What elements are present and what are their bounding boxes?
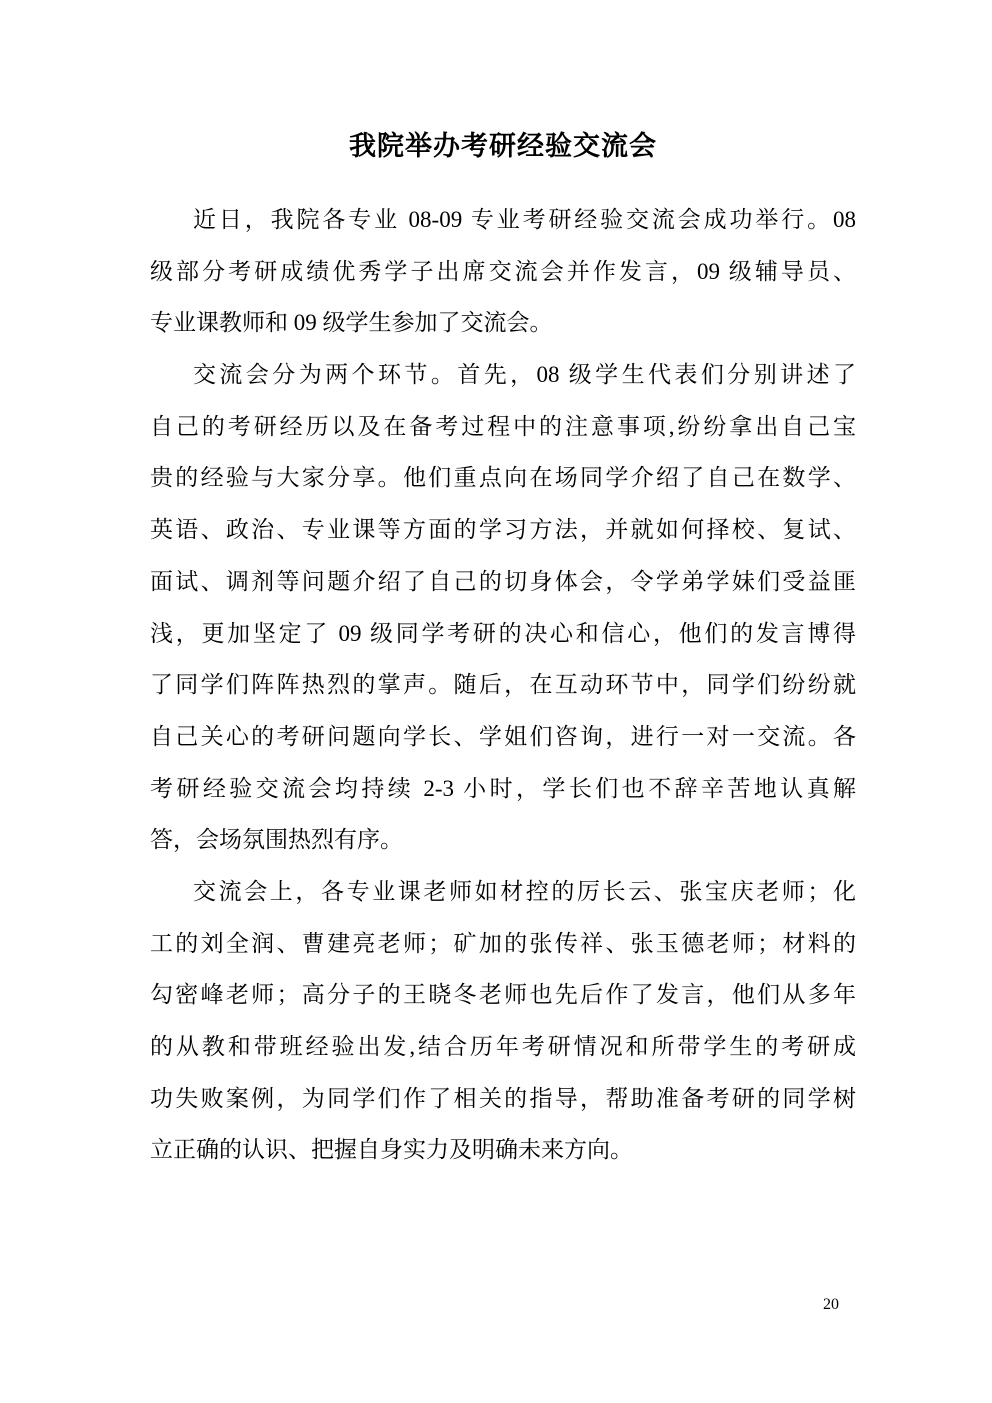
text-line: 贵的经验与大家分享。他们重点向在场同学介绍了自己在数学、 <box>150 452 856 504</box>
document-page: 我院举办考研经验交流会 近日，我院各专业 08-09 专业考研经验交流会成功举行… <box>0 0 992 1403</box>
text-line: 专业课教师和 09 级学生参加了交流会。 <box>150 297 856 349</box>
text-line: 交流会上，各专业课老师如材控的厉长云、张宝庆老师；化 <box>150 866 856 918</box>
text-line: 级部分考研成绩优秀学子出席交流会并作发言，09 级辅导员、 <box>150 246 856 298</box>
text-line: 自己关心的考研问题向学长、学姐们咨询，进行一对一交流。各 <box>150 711 856 763</box>
text-line: 浅，更加坚定了 09 级同学考研的决心和信心，他们的发言博得 <box>150 608 856 660</box>
text-line: 英语、政治、专业课等方面的学习方法，并就如何择校、复试、 <box>150 504 856 556</box>
text-line: 了同学们阵阵热烈的掌声。随后，在互动环节中，同学们纷纷就 <box>150 659 856 711</box>
text-line: 面试、调剂等问题介绍了自己的切身体会，令学弟学妹们受益匪 <box>150 556 856 608</box>
document-title: 我院举办考研经验交流会 <box>150 129 856 163</box>
text-line: 考研经验交流会均持续 2-3 小时，学长们也不辞辛苦地认真解 <box>150 763 856 815</box>
document-body: 近日，我院各专业 08-09 专业考研经验交流会成功举行。08级部分考研成绩优秀… <box>150 194 856 1176</box>
text-line: 自己的考研经历以及在备考过程中的注意事项,纷纷拿出自己宝 <box>150 401 856 453</box>
text-line: 近日，我院各专业 08-09 专业考研经验交流会成功举行。08 <box>150 194 856 246</box>
text-line: 功失败案例，为同学们作了相关的指导，帮助准备考研的同学树 <box>150 1073 856 1125</box>
text-line: 答，会场氛围热烈有序。 <box>150 814 856 866</box>
page-number: 20 <box>823 1296 839 1314</box>
text-line: 的从教和带班经验出发,结合历年考研情况和所带学生的考研成 <box>150 1021 856 1073</box>
text-line: 工的刘全润、曹建亮老师；矿加的张传祥、张玉德老师；材料的 <box>150 918 856 970</box>
text-line: 交流会分为两个环节。首先，08 级学生代表们分别讲述了 <box>150 349 856 401</box>
text-line: 立正确的认识、把握自身实力及明确未来方向。 <box>150 1124 856 1176</box>
text-line: 勾密峰老师；高分子的王晓冬老师也先后作了发言，他们从多年 <box>150 969 856 1021</box>
